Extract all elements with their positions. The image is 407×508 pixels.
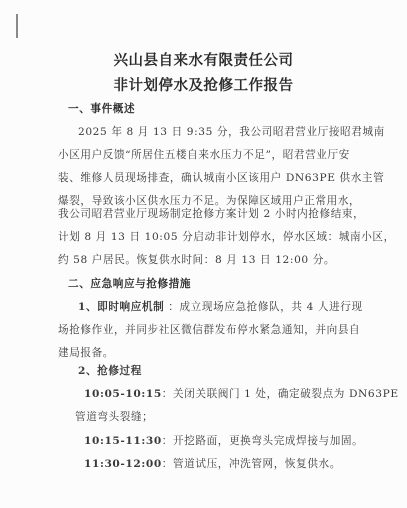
step-line: 10:05-10:15：关闭关联阀门 1 处，确定破裂点为 DN63PE	[84, 386, 399, 401]
step-continuation: 管道弯头裂缝；	[75, 409, 153, 424]
step-text: ：管道试压，冲洗管网，恢复供水。	[162, 458, 341, 470]
item1-line: 1、即时响应机制 ：成立现场应急抢修队，共 4 人进行现	[78, 299, 363, 314]
item1-label: 1、即时响应机制	[78, 301, 164, 313]
company-title: 兴山县自来水有限责任公司	[0, 49, 407, 70]
paragraph-line: 计划 8 月 13 日 10:05 分启动非计划停水，停水区域：城南小区，	[58, 229, 395, 244]
item1-text: ：成立现场应急抢修队，共 4 人进行现	[164, 301, 362, 313]
step-time: 10:05-10:15	[84, 388, 162, 400]
paragraph-line: 建局报备。	[58, 345, 114, 360]
item2-label: 2、抢修过程	[78, 363, 142, 378]
paragraph-line: 我公司昭君营业厅现场制定抢修方案计划 2 小时内抢修结束，	[58, 206, 364, 221]
step-text: ：关闭关联阀门 1 处，确定破裂点为 DN63PE	[162, 388, 399, 400]
step-line: 10:15-11:30：开挖路面，更换弯头完成焊接与加固。	[84, 433, 363, 448]
paragraph-line: 2025 年 8 月 13 日 9:35 分，我公司昭君营业厅接昭君城南	[78, 124, 385, 139]
paragraph-line: 约 58 户居民。恢复供水时间：8 月 13 日 12:00 分。	[58, 252, 335, 267]
paragraph-line: 场抢修作业，并同步社区微信群发布停水紧急通知，并向县自	[58, 322, 360, 337]
step-text: ：开挖路面，更换弯头完成焊接与加固。	[162, 435, 364, 447]
section2-heading: 二、应急响应与抢修措施	[68, 276, 191, 291]
section1-heading: 一、事件概述	[68, 101, 135, 116]
step-time: 11:30-12:00	[84, 458, 162, 470]
step-time: 10:15-11:30	[84, 435, 162, 447]
paragraph-line: 小区用户反馈“所居住五楼自来水压力不足”，昭君营业厅安	[58, 147, 350, 162]
margin-mark	[16, 14, 18, 38]
scanned-page: 兴山县自来水有限责任公司 非计划停水及抢修工作报告 一、事件概述 2025 年 …	[0, 0, 407, 508]
step-line: 11:30-12:00：管道试压，冲洗管网，恢复供水。	[84, 456, 341, 471]
report-title: 非计划停水及抢修工作报告	[0, 74, 407, 95]
paragraph-line: 装、维修人员现场排查，确认城南小区该用户 DN63PE 供水主管	[58, 170, 384, 185]
